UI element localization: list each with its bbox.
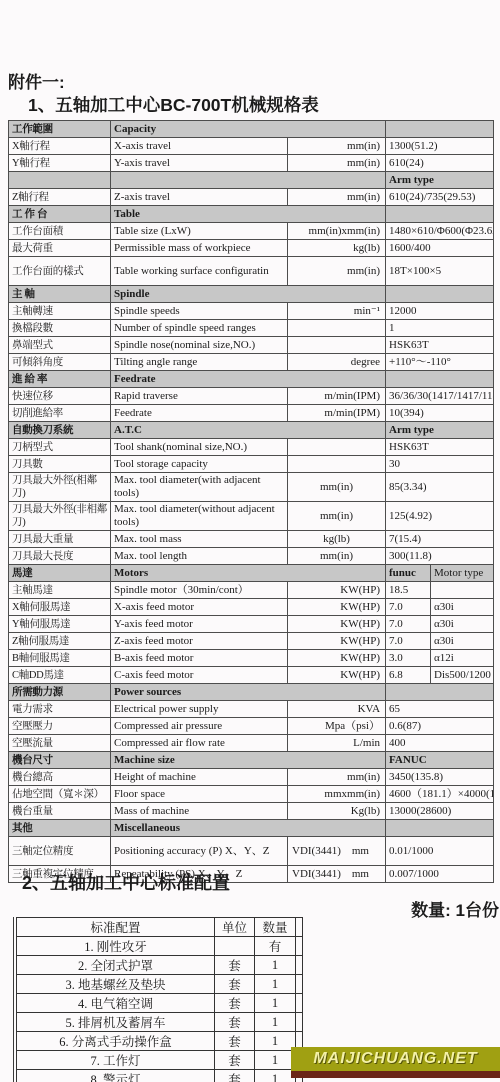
spec-data-row: 空壓流量Compressed air flow rateL/min400 xyxy=(9,735,494,752)
spec-data-row: Y軸行程Y-axis travelmm(in)610(24) xyxy=(9,155,494,172)
quantity-note: 数量: 1台份 xyxy=(411,896,499,921)
spec-label-en: Height of machine xyxy=(111,769,288,786)
spec-section-row: Arm type xyxy=(9,172,494,189)
spec-unit: min⁻¹ xyxy=(288,303,386,320)
spec-unit: kg(lb) xyxy=(288,531,386,548)
spec-label-zh: 刀具最大外徑(非相鄰刀) xyxy=(9,502,111,531)
spec-label-en: C-axis feed motor xyxy=(111,667,288,684)
spec-value: 1600/400 xyxy=(386,240,494,257)
section-col4a: funuc xyxy=(386,565,431,582)
section-label-en: Motors xyxy=(111,565,386,582)
spec-label-zh: 刀具數 xyxy=(9,456,111,473)
spec-label-en: Max. tool mass xyxy=(111,531,288,548)
spec-unit: Kg(lb) xyxy=(288,803,386,820)
section-col4 xyxy=(386,684,494,701)
section-label-zh: 主 軸 xyxy=(9,286,111,303)
spec-data-row: C軸DD馬達C-axis feed motorKW(HP)6.8Dis500/1… xyxy=(9,667,494,684)
watermark-maijichuang: MAIJICHUANG.NET xyxy=(291,1047,500,1078)
config-qty: 1 xyxy=(255,956,296,975)
config-table: 标准配置单位数量1. 刚性攻牙有2. 全闭式护罩套13. 地基螺丝及垫块套14.… xyxy=(16,917,303,1082)
section-label-en: Table xyxy=(111,206,386,223)
config-row: 1. 刚性攻牙有 xyxy=(17,937,303,956)
spec-unit: KW(HP) xyxy=(288,599,386,616)
spec-label-zh: 機台總高 xyxy=(9,769,111,786)
config-qty: 1 xyxy=(255,1032,296,1051)
config-qty: 1 xyxy=(255,1013,296,1032)
config-unit: 套 xyxy=(215,975,255,994)
spec-label-zh: 刀具最大重量 xyxy=(9,531,111,548)
config-row: 6. 分离式手动操作盒套1 xyxy=(17,1032,303,1051)
config-item: 1. 刚性攻牙 xyxy=(17,937,215,956)
config-item: 8. 警示灯 xyxy=(17,1070,215,1082)
spec-value: 1 xyxy=(386,320,494,337)
section-label-en: A.T.C xyxy=(111,422,386,439)
spec-unit xyxy=(288,439,386,456)
config-header-cell: 标准配置 xyxy=(17,918,215,937)
section-label-zh: 所需動力源 xyxy=(9,684,111,701)
spec-data-row: 鼻端型式Spindle nose(nominal size,NO.)HSK63T xyxy=(9,337,494,354)
section-label-zh: 進 給 率 xyxy=(9,371,111,388)
section-label-zh xyxy=(9,172,111,189)
config-unit: 套 xyxy=(215,1032,255,1051)
document-page: 附件一: 1、五轴加工中心BC-700T机械规格表 工作範圍CapacityX軸… xyxy=(0,0,500,1082)
spec-value: 125(4.92) xyxy=(386,502,494,531)
spec-label-zh: 主軸轉速 xyxy=(9,303,111,320)
spec-label-zh: 換檔段數 xyxy=(9,320,111,337)
spec-label-zh: 空壓壓力 xyxy=(9,718,111,735)
config-narrow-cell xyxy=(296,1013,303,1032)
spec-label-zh: X軸行程 xyxy=(9,138,111,155)
section-col4 xyxy=(386,121,494,138)
section-label-en: Miscellaneous xyxy=(111,820,386,837)
spec-label-en: Tilting angle range xyxy=(111,354,288,371)
section-label-zh: 工 作 台 xyxy=(9,206,111,223)
spec-label-zh: X軸伺服馬達 xyxy=(9,599,111,616)
spec-value: 10(394) xyxy=(386,405,494,422)
spec-label-en: X-axis feed motor xyxy=(111,599,288,616)
spec-data-row: 工作台面積Table size (LxW)mm(in)xmm(in)1480×6… xyxy=(9,223,494,240)
spec-value: 0.01/1000 xyxy=(386,837,494,866)
config-unit xyxy=(215,937,255,956)
config-item: 7. 工作灯 xyxy=(17,1051,215,1070)
spec-data-row: 佔地空間（寬＊深）Floor spacemmxmm(in)4600（181.1）… xyxy=(9,786,494,803)
spec-data-row: 可傾斜角度Tilting angle rangedegree+110°～-110… xyxy=(9,354,494,371)
spec-value: 0.6(87) xyxy=(386,718,494,735)
spec-label-zh: 刀柄型式 xyxy=(9,439,111,456)
spec-unit: degree xyxy=(288,354,386,371)
config-row: 2. 全闭式护罩套1 xyxy=(17,956,303,975)
spec-label-zh: 工作台面的樣式 xyxy=(9,257,111,286)
config-row: 3. 地基螺丝及垫块套1 xyxy=(17,975,303,994)
spec-table: 工作範圍CapacityX軸行程X-axis travelmm(in)1300(… xyxy=(8,120,494,883)
spec-unit: mm(in)xmm(in) xyxy=(288,223,386,240)
spec-value: 1480×610/Φ600(Φ23.62) xyxy=(386,223,494,240)
config-narrow-cell xyxy=(296,918,303,937)
spec-unit: KW(HP) xyxy=(288,582,386,599)
spec-value2: α30i xyxy=(431,616,494,633)
config-header-row: 标准配置单位数量 xyxy=(17,918,303,937)
spec-section-row: 馬達MotorsfunucMotor type xyxy=(9,565,494,582)
spec-data-row: 刀具最大重量Max. tool masskg(lb)7(15.4) xyxy=(9,531,494,548)
spec-data-row: 電力需求Electrical power supplyKVA65 xyxy=(9,701,494,718)
spec-value2: α30i xyxy=(431,599,494,616)
spec-label-en: Tool shank(nominal size,NO.) xyxy=(111,439,288,456)
spec-unit: mm(in) xyxy=(288,769,386,786)
spec-label-zh: Z軸行程 xyxy=(9,189,111,206)
spec-unit: Mpa（psi） xyxy=(288,718,386,735)
spec-data-row: 空壓壓力Compressed air pressureMpa（psi）0.6(8… xyxy=(9,718,494,735)
config-unit: 套 xyxy=(215,956,255,975)
config-table-frame: 标准配置单位数量1. 刚性攻牙有2. 全闭式护罩套13. 地基螺丝及垫块套14.… xyxy=(13,917,303,1082)
spec-value: 30 xyxy=(386,456,494,473)
spec-label-en: Y-axis travel xyxy=(111,155,288,172)
spec-label-en: Floor space xyxy=(111,786,288,803)
section-col4: FANUC xyxy=(386,752,494,769)
spec-value: 36/36/30(1417/1417/1182) xyxy=(386,388,494,405)
spec-label-en: Feedrate xyxy=(111,405,288,422)
spec-value: 7.0 xyxy=(386,633,431,650)
spec-section-row: 自動換刀系統A.T.CArm type xyxy=(9,422,494,439)
spec-table-title: 1、五轴加工中心BC-700T机械规格表 xyxy=(28,92,319,117)
config-row: 5. 排屑机及蓄屑车套1 xyxy=(17,1013,303,1032)
spec-label-en: Compressed air pressure xyxy=(111,718,288,735)
spec-data-row: Y軸伺服馬達Y-axis feed motorKW(HP)7.0α30i xyxy=(9,616,494,633)
spec-label-en: Number of spindle speed ranges xyxy=(111,320,288,337)
config-item: 2. 全闭式护罩 xyxy=(17,956,215,975)
spec-value: 3.0 xyxy=(386,650,431,667)
section-label-en: Machine size xyxy=(111,752,386,769)
spec-unit: KW(HP) xyxy=(288,667,386,684)
spec-section-row: 進 給 率Feedrate xyxy=(9,371,494,388)
spec-data-row: 切削進給率Feedratem/min(IPM)10(394) xyxy=(9,405,494,422)
spec-label-en: Table size (LxW) xyxy=(111,223,288,240)
spec-label-en: Y-axis feed motor xyxy=(111,616,288,633)
spec-data-row: 主軸轉速Spindle speedsmin⁻¹12000 xyxy=(9,303,494,320)
spec-value2: Dis500/1200 xyxy=(431,667,494,684)
section-col4 xyxy=(386,820,494,837)
spec-data-row: 最大荷重Permissible mass of workpiecekg(lb)1… xyxy=(9,240,494,257)
section-label-en: Capacity xyxy=(111,121,386,138)
config-item: 3. 地基螺丝及垫块 xyxy=(17,975,215,994)
spec-data-row: B軸伺服馬達B-axis feed motorKW(HP)3.0α12i xyxy=(9,650,494,667)
spec-data-row: 刀具最大外徑(相鄰刀)Max. tool diameter(with adjac… xyxy=(9,473,494,502)
spec-value: 400 xyxy=(386,735,494,752)
config-unit: 套 xyxy=(215,1070,255,1082)
spec-value: 3450(135.8) xyxy=(386,769,494,786)
spec-label-zh: 快速位移 xyxy=(9,388,111,405)
spec-label-zh: 機台重量 xyxy=(9,803,111,820)
config-header-cell: 单位 xyxy=(215,918,255,937)
config-narrow-cell xyxy=(296,975,303,994)
spec-label-en: Max. tool diameter(without adjacent tool… xyxy=(111,502,288,531)
spec-unit: mm(in) xyxy=(288,502,386,531)
standard-config-title: 2、五轴加工中心标准配置 xyxy=(22,869,230,895)
spec-label-zh: Z軸伺服馬達 xyxy=(9,633,111,650)
spec-value: HSK63T xyxy=(386,337,494,354)
spec-unit: mm(in) xyxy=(288,473,386,502)
spec-unit: mm(in) xyxy=(288,189,386,206)
spec-data-row: Z軸伺服馬達Z-axis feed motorKW(HP)7.0α30i xyxy=(9,633,494,650)
spec-data-row: 機台總高Height of machinemm(in)3450(135.8) xyxy=(9,769,494,786)
spec-label-en: Z-axis feed motor xyxy=(111,633,288,650)
spec-label-en: Positioning accuracy (P) X、Y、Z xyxy=(111,837,288,866)
spec-label-zh: 刀具最大外徑(相鄰刀) xyxy=(9,473,111,502)
config-row: 4. 电气箱空调套1 xyxy=(17,994,303,1013)
config-item: 4. 电气箱空调 xyxy=(17,994,215,1013)
spec-data-row: 三軸定位精度Positioning accuracy (P) X、Y、ZVDI(… xyxy=(9,837,494,866)
spec-label-en: Electrical power supply xyxy=(111,701,288,718)
spec-data-row: 刀具最大外徑(非相鄰刀)Max. tool diameter(without a… xyxy=(9,502,494,531)
spec-value: 6.8 xyxy=(386,667,431,684)
section-col4 xyxy=(386,286,494,303)
spec-label-en: Spindle speeds xyxy=(111,303,288,320)
spec-value: 7.0 xyxy=(386,599,431,616)
config-row: 7. 工作灯套1 xyxy=(17,1051,303,1070)
spec-section-row: 機台尺寸Machine sizeFANUC xyxy=(9,752,494,769)
section-label-zh: 自動換刀系統 xyxy=(9,422,111,439)
spec-label-zh: C軸DD馬達 xyxy=(9,667,111,684)
spec-data-row: Z軸行程Z-axis travelmm(in)610(24)/735(29.53… xyxy=(9,189,494,206)
spec-value: 610(24) xyxy=(386,155,494,172)
spec-unit: mm(in) xyxy=(288,138,386,155)
config-item: 6. 分离式手动操作盒 xyxy=(17,1032,215,1051)
spec-section-row: 其他Miscellaneous xyxy=(9,820,494,837)
spec-unit: mm(in) xyxy=(288,257,386,286)
spec-label-en: Table working surface configuratin xyxy=(111,257,288,286)
config-narrow-cell xyxy=(296,956,303,975)
section-col4: Arm type xyxy=(386,422,494,439)
spec-label-zh: 空壓流量 xyxy=(9,735,111,752)
spec-label-zh: 可傾斜角度 xyxy=(9,354,111,371)
spec-value: +110°～-110° xyxy=(386,354,494,371)
config-unit: 套 xyxy=(215,1013,255,1032)
spec-value: 13000(28600) xyxy=(386,803,494,820)
spec-value: 18T×100×5 xyxy=(386,257,494,286)
spec-value: 610(24)/735(29.53) xyxy=(386,189,494,206)
spec-value: HSK63T xyxy=(386,439,494,456)
spec-label-zh: 三軸定位精度 xyxy=(9,837,111,866)
spec-unit: VDI(3441) mm xyxy=(288,866,386,883)
spec-unit: KVA xyxy=(288,701,386,718)
spec-unit: KW(HP) xyxy=(288,616,386,633)
spec-label-en: Max. tool length xyxy=(111,548,288,565)
spec-value: 300(11.8) xyxy=(386,548,494,565)
spec-data-row: 刀具最大長度Max. tool lengthmm(in)300(11.8) xyxy=(9,548,494,565)
spec-unit xyxy=(288,456,386,473)
spec-label-en: Tool storage capacity xyxy=(111,456,288,473)
spec-unit xyxy=(288,320,386,337)
spec-data-row: 工作台面的樣式Table working surface configurati… xyxy=(9,257,494,286)
spec-label-en: Z-axis travel xyxy=(111,189,288,206)
spec-label-zh: 主軸馬達 xyxy=(9,582,111,599)
spec-label-en: X-axis travel xyxy=(111,138,288,155)
config-unit: 套 xyxy=(215,1051,255,1070)
spec-value: 65 xyxy=(386,701,494,718)
spec-unit: m/min(IPM) xyxy=(288,405,386,422)
spec-value2: α30i xyxy=(431,633,494,650)
section-label-en: Spindle xyxy=(111,286,386,303)
spec-value: 7.0 xyxy=(386,616,431,633)
spec-value: 1300(51.2) xyxy=(386,138,494,155)
spec-data-row: X軸行程X-axis travelmm(in)1300(51.2) xyxy=(9,138,494,155)
spec-section-row: 所需動力源Power sources xyxy=(9,684,494,701)
spec-label-en: Spindle motor（30min/cont） xyxy=(111,582,288,599)
spec-value: 18.5 xyxy=(386,582,431,599)
section-label-en: Feedrate xyxy=(111,371,386,388)
section-label-zh: 馬達 xyxy=(9,565,111,582)
section-col4: Arm type xyxy=(386,172,494,189)
spec-unit: mm(in) xyxy=(288,548,386,565)
spec-label-zh: 最大荷重 xyxy=(9,240,111,257)
spec-data-row: 換檔段數Number of spindle speed ranges1 xyxy=(9,320,494,337)
spec-data-row: X軸伺服馬達X-axis feed motorKW(HP)7.0α30i xyxy=(9,599,494,616)
section-label-en xyxy=(111,172,386,189)
spec-value: 0.007/1000 xyxy=(386,866,494,883)
section-col4 xyxy=(386,206,494,223)
spec-label-zh: 佔地空間（寬＊深） xyxy=(9,786,111,803)
attachment-label: 附件一: xyxy=(8,68,65,93)
section-label-zh: 其他 xyxy=(9,820,111,837)
spec-label-zh: 刀具最大長度 xyxy=(9,548,111,565)
spec-label-zh: 工作台面積 xyxy=(9,223,111,240)
spec-data-row: 快速位移Rapid traversem/min(IPM)36/36/30(141… xyxy=(9,388,494,405)
spec-label-en: Max. tool diameter(with adjacent tools) xyxy=(111,473,288,502)
spec-data-row: 刀具數Tool storage capacity30 xyxy=(9,456,494,473)
config-row: 8. 警示灯套1 xyxy=(17,1070,303,1082)
spec-unit: mm(in) xyxy=(288,155,386,172)
spec-label-zh: Y軸伺服馬達 xyxy=(9,616,111,633)
config-qty: 有 xyxy=(255,937,296,956)
spec-section-row: 主 軸Spindle xyxy=(9,286,494,303)
spec-label-en: Rapid traverse xyxy=(111,388,288,405)
spec-label-zh: 電力需求 xyxy=(9,701,111,718)
spec-unit xyxy=(288,337,386,354)
spec-value2: α12i xyxy=(431,650,494,667)
spec-value: 85(3.34) xyxy=(386,473,494,502)
section-col4 xyxy=(386,371,494,388)
config-header-cell: 数量 xyxy=(255,918,296,937)
spec-label-en: Compressed air flow rate xyxy=(111,735,288,752)
spec-data-row: 刀柄型式Tool shank(nominal size,NO.)HSK63T xyxy=(9,439,494,456)
spec-unit: VDI(3441) mm xyxy=(288,837,386,866)
spec-label-en: Spindle nose(nominal size,NO.) xyxy=(111,337,288,354)
spec-label-en: Mass of machine xyxy=(111,803,288,820)
spec-section-row: 工 作 台Table xyxy=(9,206,494,223)
config-qty: 1 xyxy=(255,994,296,1013)
spec-unit: kg(lb) xyxy=(288,240,386,257)
spec-data-row: 主軸馬達Spindle motor（30min/cont）KW(HP)18.5 xyxy=(9,582,494,599)
config-qty: 1 xyxy=(255,1051,296,1070)
spec-label-zh: Y軸行程 xyxy=(9,155,111,172)
spec-value: 4600（181.1）×4000(157 xyxy=(386,786,494,803)
spec-data-row: 機台重量Mass of machineKg(lb)13000(28600) xyxy=(9,803,494,820)
config-qty: 1 xyxy=(255,975,296,994)
spec-unit: KW(HP) xyxy=(288,650,386,667)
spec-value: 12000 xyxy=(386,303,494,320)
spec-unit: mmxmm(in) xyxy=(288,786,386,803)
spec-label-en: Permissible mass of workpiece xyxy=(111,240,288,257)
section-col4b: Motor type xyxy=(431,565,494,582)
config-narrow-cell xyxy=(296,994,303,1013)
config-unit: 套 xyxy=(215,994,255,1013)
spec-value2 xyxy=(431,582,494,599)
section-label-en: Power sources xyxy=(111,684,386,701)
spec-label-zh: 鼻端型式 xyxy=(9,337,111,354)
config-narrow-cell xyxy=(296,937,303,956)
spec-unit: L/min xyxy=(288,735,386,752)
spec-unit: m/min(IPM) xyxy=(288,388,386,405)
spec-unit: KW(HP) xyxy=(288,633,386,650)
spec-label-zh: 切削進給率 xyxy=(9,405,111,422)
section-label-zh: 工作範圍 xyxy=(9,121,111,138)
section-label-zh: 機台尺寸 xyxy=(9,752,111,769)
spec-section-row: 工作範圍Capacity xyxy=(9,121,494,138)
config-qty: 1 xyxy=(255,1070,296,1082)
spec-label-zh: B軸伺服馬達 xyxy=(9,650,111,667)
spec-label-en: B-axis feed motor xyxy=(111,650,288,667)
spec-value: 7(15.4) xyxy=(386,531,494,548)
config-item: 5. 排屑机及蓄屑车 xyxy=(17,1013,215,1032)
